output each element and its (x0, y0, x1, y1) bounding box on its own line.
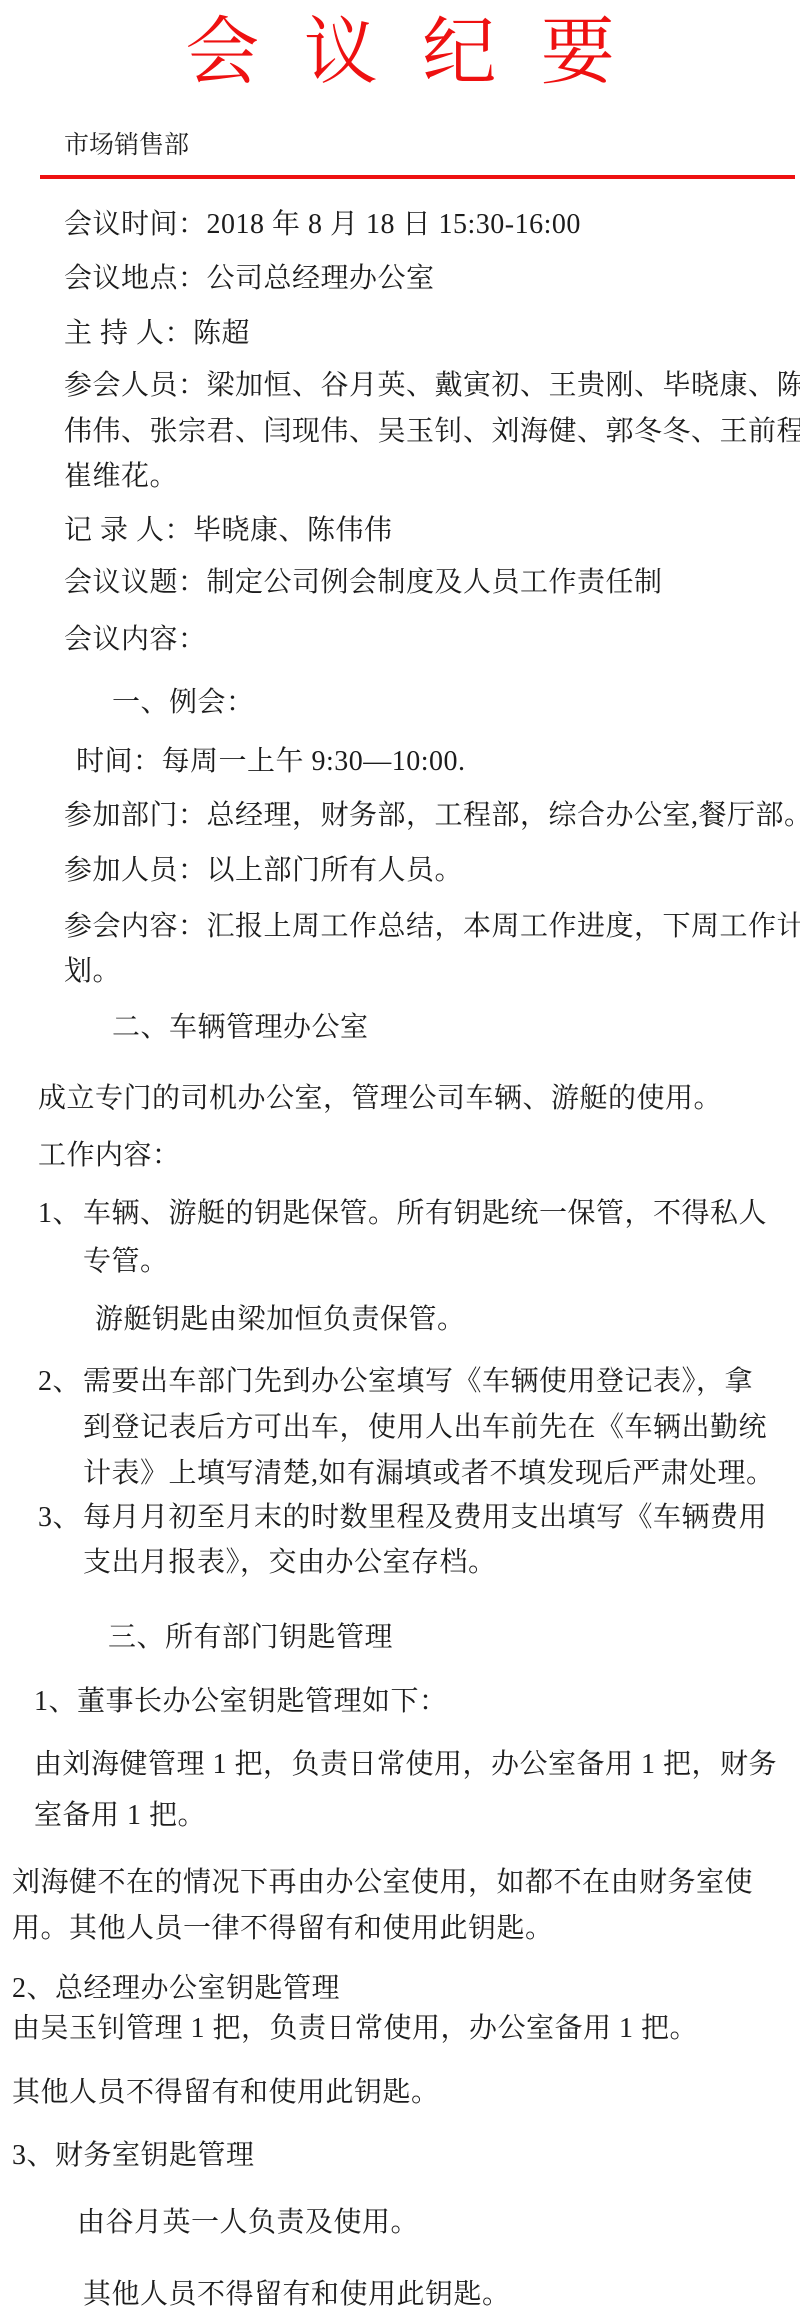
text-line: 2、 (38, 1365, 81, 1399)
text-line: 划。 (64, 955, 121, 989)
text-line: 需要出车部门先到办公室填写《车辆使用登记表》，拿 (83, 1365, 753, 1399)
header-divider-rule (40, 175, 795, 179)
text-line: 由吴玉钊管理 1 把，负责日常使用，办公室备用 1 把。 (12, 2012, 698, 2046)
text-line: 参加部门：总经理，财务部，工程部，综合办公室,餐厅部。 (64, 799, 800, 833)
text-line: 每月月初至月末的时数里程及费用支出填写《车辆费用 (83, 1501, 767, 1535)
text-line: 主 持 人：陈超 (64, 317, 250, 351)
text-line: 会议议题：制定公司例会制度及人员工作责任制 (64, 566, 663, 600)
text-line: 一、例会： (112, 686, 255, 720)
department-label: 市场销售部 (64, 130, 189, 162)
text-line: 会议地点：公司总经理办公室 (64, 262, 435, 296)
text-line: 到登记表后方可出车，使用人出车前先在《车辆出勤统 (83, 1411, 767, 1445)
text-line: 车辆、游艇的钥匙保管。所有钥匙统一保管，不得私人 (83, 1197, 767, 1231)
text-line: 其他人员不得留有和使用此钥匙。 (83, 2278, 511, 2312)
text-line: 2、总经理办公室钥匙管理 (12, 1972, 340, 2006)
text-line: 会议内容： (64, 623, 207, 657)
text-line: 3、财务室钥匙管理 (12, 2139, 255, 2173)
text-line: 崔维花。 (64, 460, 178, 494)
text-line: 由刘海健管理 1 把，负责日常使用，办公室备用 1 把，财务 (34, 1748, 777, 1782)
text-line: 记 录 人：毕晓康、陈伟伟 (64, 514, 393, 548)
text-line: 计表》上填写清楚,如有漏填或者不填发现后严肃处理。 (83, 1457, 775, 1491)
text-line: 支出月报表》，交由办公室存档。 (83, 1546, 497, 1580)
text-line: 参会内容：汇报上周工作总结，本周工作进度，下周工作计 (64, 910, 800, 944)
text-line: 伟伟、张宗君、闫现伟、吴玉钊、刘海健、郭冬冬、王前程、 (64, 415, 800, 449)
text-line: 1、 (38, 1197, 81, 1231)
text-line: 其他人员不得留有和使用此钥匙。 (12, 2076, 440, 2110)
document-title: 会 议 纪 要 (0, 8, 800, 98)
text-line: 游艇钥匙由梁加恒负责保管。 (95, 1303, 466, 1337)
text-line: 成立专门的司机办公室，管理公司车辆、游艇的使用。 (38, 1082, 722, 1116)
text-line: 1、董事长办公室钥匙管理如下： (34, 1685, 448, 1719)
text-line: 3、 (38, 1501, 81, 1535)
text-line: 时间：每周一上午 9:30—10:00. (76, 745, 466, 779)
text-line: 会议时间：2018 年 8 月 18 日 15:30-16:00 (64, 208, 581, 242)
text-line: 工作内容： (38, 1139, 181, 1173)
text-line: 二、车辆管理办公室 (112, 1011, 369, 1045)
text-line: 用。其他人员一律不得留有和使用此钥匙。 (12, 1912, 554, 1946)
text-line: 参加人员：以上部门所有人员。 (64, 854, 463, 888)
document-page: 会 议 纪 要 市场销售部 会议时间：2018 年 8 月 18 日 15:30… (0, 0, 800, 2317)
text-line: 三、所有部门钥匙管理 (108, 1621, 393, 1655)
text-line: 刘海健不在的情况下再由办公室使用，如都不在由财务室使 (12, 1866, 753, 1900)
text-line: 由谷月英一人负责及使用。 (77, 2206, 419, 2240)
text-line: 参会人员：梁加恒、谷月英、戴寅初、王贵刚、毕晓康、陈 (64, 369, 800, 403)
text-line: 专管。 (83, 1245, 169, 1279)
text-line: 室备用 1 把。 (34, 1799, 206, 1833)
